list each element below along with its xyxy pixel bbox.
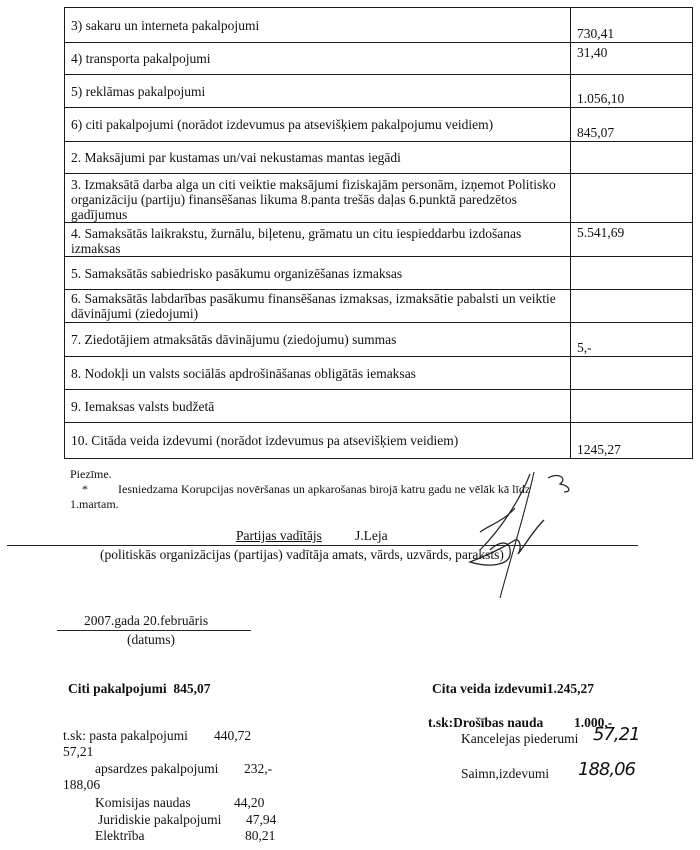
right-summary-line-label: t.sk:Drošības nauda [428,715,543,731]
row-label: 10. Citāda veida izdevumi (norādot izdev… [65,423,571,459]
row-label: 4) transporta pakalpojumi [65,43,571,75]
row-label: 5. Samaksātās sabiedrisko pasākumu organ… [65,257,571,290]
left-summary-line-label: 57,21 [63,744,93,760]
left-summary-line-value: 44,20 [234,795,264,811]
left-summary-line-value: 47,94 [246,812,276,828]
expense-table: 3) sakaru un interneta pakalpojumi 730,4… [64,7,693,459]
right-summary-title: Cita veida izdevumi1.245,27 [432,681,594,697]
note-heading: Piezīme. [70,467,112,481]
left-summary-title: Citi pakalpojumi 845,07 [68,681,211,697]
row-value: 5.541,69 [571,223,693,257]
row-value [571,290,693,323]
table-row: 9. Iemaksas valsts budžetā [65,390,693,423]
row-value [571,142,693,174]
row-value [571,174,693,223]
table-row: 2. Maksājumi par kustamas un/vai nekusta… [65,142,693,174]
row-label: 8. Nodokļi un valsts sociālās apdrošināš… [65,357,571,390]
table-row: 10. Citāda veida izdevumi (norādot izdev… [65,423,693,459]
row-value: 730,41 [571,8,693,43]
table-row: 4) transporta pakalpojumi 31,40 [65,43,693,75]
table-row: 3) sakaru un interneta pakalpojumi 730,4… [65,8,693,43]
table-row: 3. Izmaksātā darba alga un citi veiktie … [65,174,693,223]
row-label: 7. Ziedotājiem atmaksātās dāvinājumu (zi… [65,323,571,357]
signer-name: J.Leja [355,528,388,544]
note-bullet: * [82,482,88,496]
left-summary-line-label: 188,06 [63,777,100,793]
right-summary-handwritten-value: 57,21 [593,724,640,745]
row-label: 9. Iemaksas valsts budžetā [65,390,571,423]
table-row: 5. Samaksātās sabiedrisko pasākumu organ… [65,257,693,290]
row-value: 1.056,10 [571,75,693,108]
note-text-line2: 1.martam. [70,497,119,511]
row-value: 845,07 [571,108,693,142]
row-value: 1245,27 [571,423,693,459]
handwritten-signature-icon [460,470,575,600]
row-label: 2. Maksājumi par kustamas un/vai nekusta… [65,142,571,174]
left-summary-line-label: Elektrība [95,828,144,844]
left-summary-line-value: 440,72 [214,728,251,744]
row-value: 5,- [571,323,693,357]
table-row: 6) citi pakalpojumi (norādot izdevumus p… [65,108,693,142]
row-label: 6) citi pakalpojumi (norādot izdevumus p… [65,108,571,142]
row-label: 4. Samaksātās laikrakstu, žurnālu, biļet… [65,223,571,257]
row-value: 31,40 [571,43,693,75]
right-summary-handwritten-value: 188,06 [578,759,635,780]
row-label: 3. Izmaksātā darba alga un citi veiktie … [65,174,571,223]
table-row: 8. Nodokļi un valsts sociālās apdrošināš… [65,357,693,390]
date-value: 2007.gada 20.februāris [84,613,208,629]
signer-position: Partijas vadītājs [236,528,322,544]
table-row: 6. Samaksātās labdarības pasākumu finans… [65,290,693,323]
row-value [571,357,693,390]
row-value [571,390,693,423]
row-label: 3) sakaru un interneta pakalpojumi [65,8,571,43]
left-summary-line-label: apsardzes pakalpojumi [95,761,218,777]
right-summary-line-label: Saimn,izdevumi [461,766,549,782]
row-value [571,257,693,290]
table-row: 5) reklāmas pakalpojumi 1.056,10 [65,75,693,108]
table-row: 7. Ziedotājiem atmaksātās dāvinājumu (zi… [65,323,693,357]
left-summary-line-value: 232,- [244,761,272,777]
date-line [57,630,251,631]
row-label: 5) reklāmas pakalpojumi [65,75,571,108]
left-summary-line-label: Juridiskie pakalpojumi [98,812,221,828]
left-summary-line-label: t.sk: pasta pakalpojumi [63,728,188,744]
left-summary-line-label: Komisijas naudas [95,795,191,811]
right-summary-line-label: Kancelejas piederumi [461,731,578,747]
table-row: 4. Samaksātās laikrakstu, žurnālu, biļet… [65,223,693,257]
date-caption: (datums) [127,632,175,648]
row-label: 6. Samaksātās labdarības pasākumu finans… [65,290,571,323]
signature-caption: (politiskās organizācijas (partijas) vad… [100,547,504,563]
left-summary-line-value: 80,21 [245,828,275,844]
